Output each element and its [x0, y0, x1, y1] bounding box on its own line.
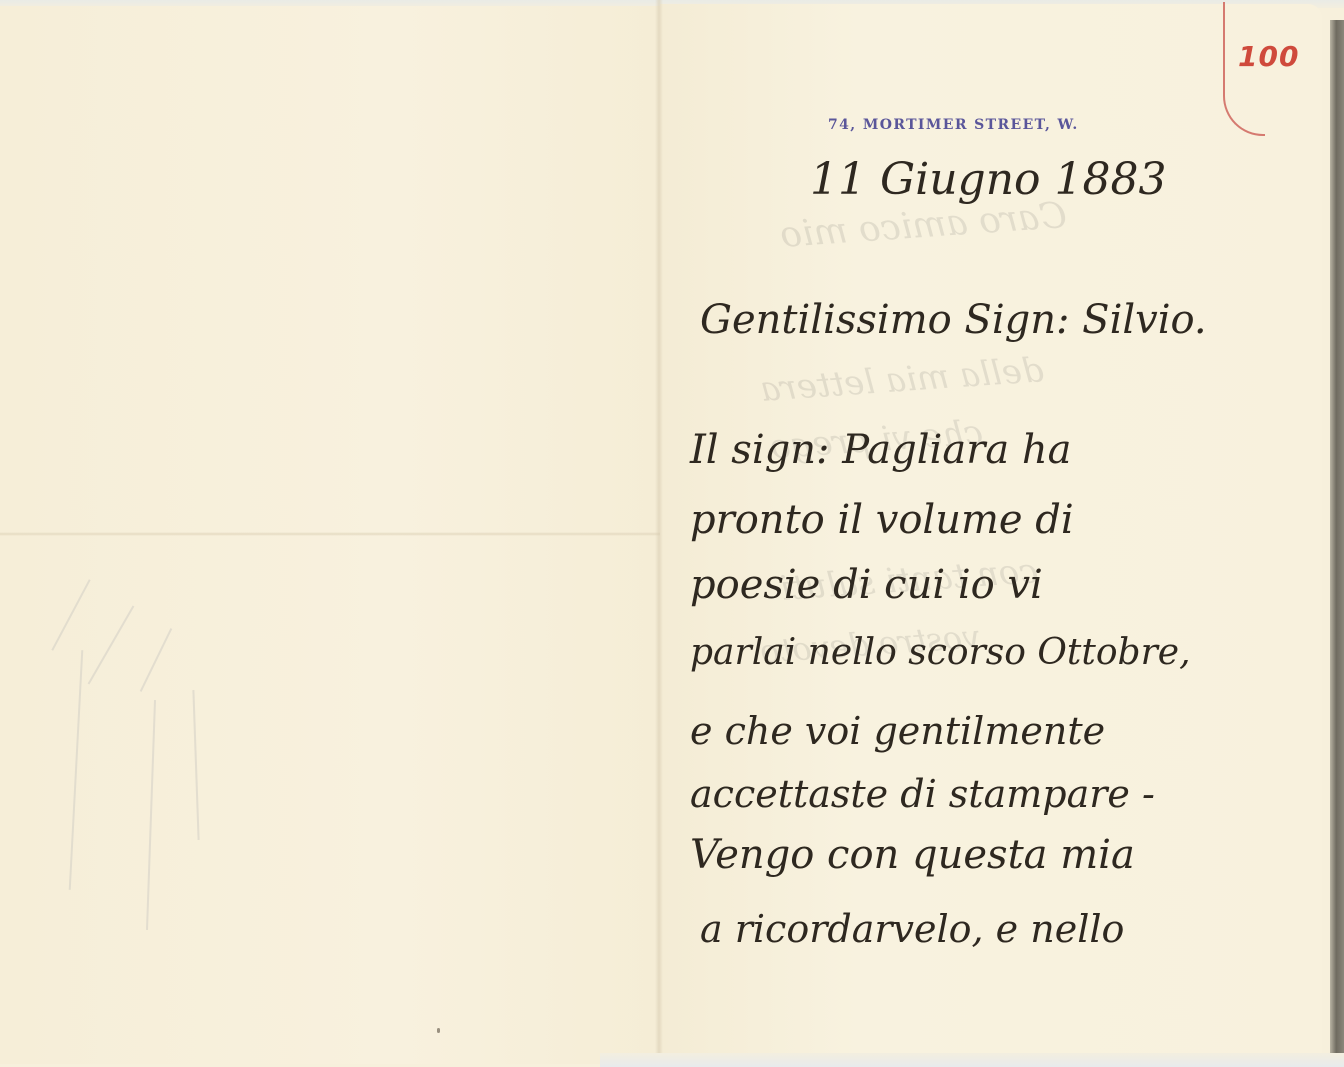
body-line: e che voi gentilmente — [690, 712, 1105, 750]
body-line: accettaste di stampare - — [690, 775, 1155, 813]
archive-number: 100 — [1238, 40, 1299, 73]
horizontal-fold-crease — [0, 532, 660, 536]
scanned-letter: Caro amico mio della mia lettera che vi … — [0, 0, 1344, 1067]
body-line: poesie di cui io vi — [690, 565, 1043, 605]
body-line: parlai nello scorso Ottobre, — [690, 635, 1191, 671]
body-line: Vengo con questa mia — [690, 835, 1135, 875]
page-edge-shadow — [1330, 20, 1344, 1067]
center-fold — [655, 0, 663, 1067]
letterhead-address: 74, MORTIMER STREET, W. — [828, 117, 1079, 133]
body-line: a ricordarvelo, e nello — [700, 910, 1124, 948]
body-line: Il sign: Pagliara ha — [690, 430, 1071, 470]
letter-salutation: Gentilissimo Sign: Silvio. — [700, 300, 1207, 340]
paper-speck — [437, 1028, 440, 1033]
letter-date: 11 Giugno 1883 — [810, 158, 1167, 202]
scan-bottom-margin — [600, 1053, 1344, 1067]
body-line: pronto il volume di — [690, 500, 1074, 540]
